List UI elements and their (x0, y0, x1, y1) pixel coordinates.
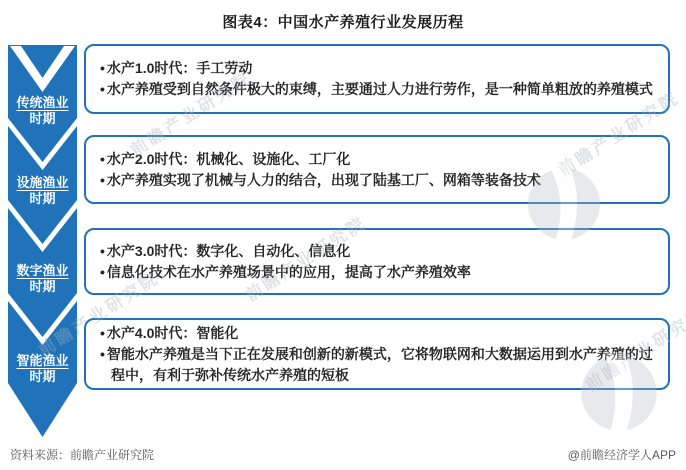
stage-4-period-suffix: 时期 (8, 369, 77, 385)
stage-1-period: 传统渔业 (16, 95, 68, 110)
stage-label-2: 设施渔业 时期 (8, 175, 77, 207)
stage-2-period: 设施渔业 (16, 175, 68, 190)
stage-4-point-1: 水产4.0时代：智能化 (100, 323, 656, 344)
stage-2-period-suffix: 时期 (8, 191, 77, 207)
stage-1-period-suffix: 时期 (8, 111, 77, 127)
stage-1-point-1: 水产1.0时代：手工劳动 (100, 58, 656, 79)
stage-4-point-2: 智能水产养殖是当下正在发展和创新的新模式，它将物联网和大数据运用到水产养殖的过程… (100, 344, 656, 386)
stage-box-3: 水产3.0时代：数字化、自动化、信息化 信息化技术在水产养殖场景中的应用，提高了… (84, 228, 670, 295)
stage-3-point-2: 信息化技术在水产养殖场景中的应用，提高了水产养殖效率 (100, 262, 656, 283)
page-title: 图表4：中国水产养殖行业发展历程 (0, 11, 686, 32)
stage-box-2: 水产2.0时代：机械化、设施化、工厂化 水产养殖实现了机械与人力的结合，出现了陆… (84, 135, 670, 204)
credit-note: @前瞻经济学人APP (568, 446, 676, 463)
stage-box-1: 水产1.0时代：手工劳动 水产养殖受到自然条件极大的束缚，主要通过人力进行劳作，… (84, 44, 670, 114)
source-note: 资料来源：前瞻产业研究院 (10, 446, 154, 463)
stage-3-period: 数字渔业 (16, 263, 68, 278)
infographic-canvas: 图表4：中国水产养殖行业发展历程 传统渔业 时期 设施渔业 时期 数字渔业 时期… (0, 0, 686, 470)
stage-2-point-1: 水产2.0时代：机械化、设施化、工厂化 (100, 149, 656, 170)
stage-label-1: 传统渔业 时期 (8, 95, 77, 127)
stage-3-point-1: 水产3.0时代：数字化、自动化、信息化 (100, 241, 656, 262)
stage-2-point-2: 水产养殖实现了机械与人力的结合，出现了陆基工厂、网箱等装备技术 (100, 170, 656, 191)
stage-label-3: 数字渔业 时期 (8, 263, 77, 295)
stage-box-4: 水产4.0时代：智能化 智能水产养殖是当下正在发展和创新的新模式，它将物联网和大… (84, 318, 670, 390)
stage-4-period: 智能渔业 (16, 353, 68, 368)
stage-3-period-suffix: 时期 (8, 279, 77, 295)
stage-1-point-2: 水产养殖受到自然条件极大的束缚，主要通过人力进行劳作，是一种简单粗放的养殖模式 (100, 79, 656, 100)
stage-label-4: 智能渔业 时期 (8, 353, 77, 385)
